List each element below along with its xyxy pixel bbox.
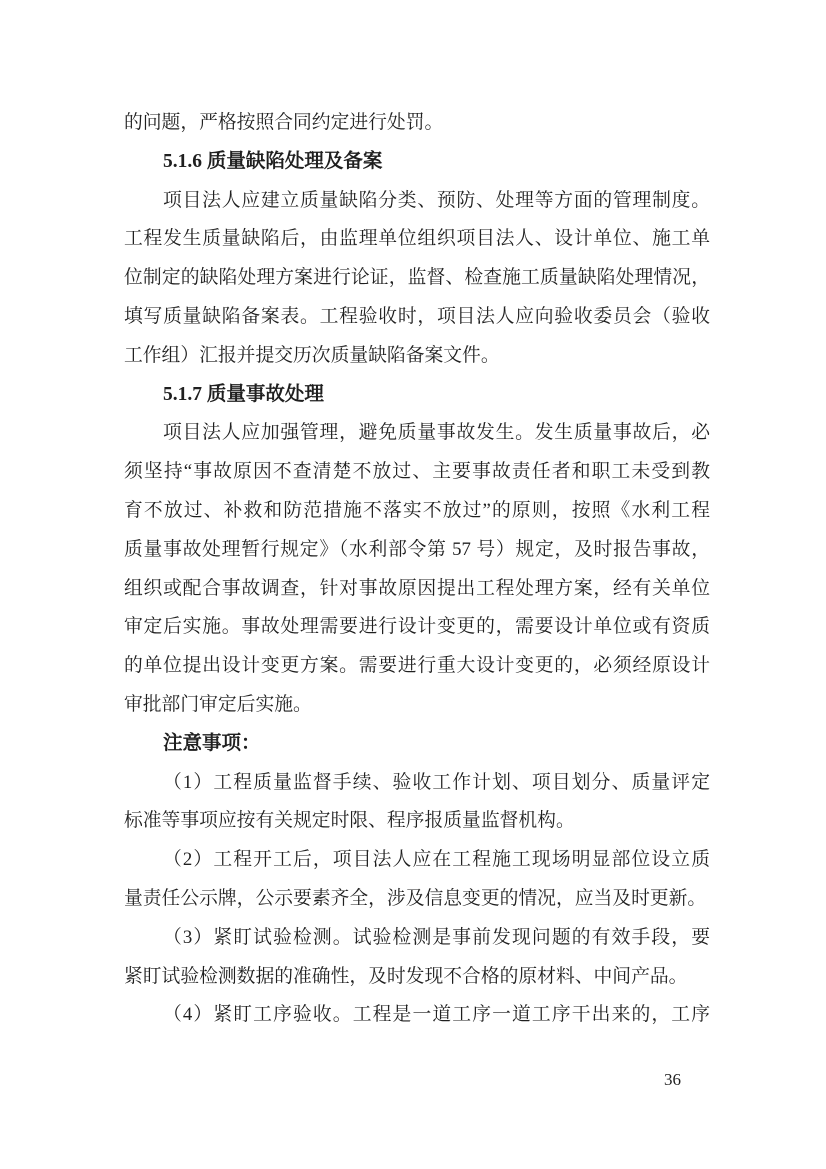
body-line: 审定后实施。事故处理需要进行设计变更的，需要设计单位或有资质 [124,608,710,647]
document-page: 的问题，严格按照合同约定进行处罚。 5.1.6 质量缺陷处理及备案 项目法人应建… [0,0,826,1169]
body-line: 填写质量缺陷备案表。工程验收时，项目法人应向验收委员会（验收 [124,298,710,337]
body-line: 须坚持“事故原因不查清楚不放过、主要事故责任者和职工未受到教 [124,453,710,492]
body-line: 项目法人应建立质量缺陷分类、预防、处理等方面的管理制度。 [124,182,710,221]
body-line-item-3: （3）紧盯试验检测。试验检测是事前发现问题的有效手段，要 [124,919,710,958]
heading-5-1-6: 5.1.6 质量缺陷处理及备案 [124,143,710,182]
body-line: 组织或配合事故调查，针对事故原因提出工程处理方案，经有关单位 [124,570,710,609]
body-line: 紧盯试验检测数据的准确性，及时发现不合格的原材料、中间产品。 [124,958,710,997]
body-line: 的单位提出设计变更方案。需要进行重大设计变更的，必须经原设计 [124,647,710,686]
body-line: 项目法人应加强管理，避免质量事故发生。发生质量事故后，必 [124,414,710,453]
body-line: 标准等事项应按有关规定时限、程序报质量监督机构。 [124,802,710,841]
body-line: 工程发生质量缺陷后，由监理单位组织项目法人、设计单位、施工单 [124,220,710,259]
body-line: 工作组）汇报并提交历次质量缺陷备案文件。 [124,337,710,376]
body-line-item-2: （2）工程开工后，项目法人应在工程施工现场明显部位设立质 [124,841,710,880]
body-line: 位制定的缺陷处理方案进行论证，监督、检查施工质量缺陷处理情况， [124,259,710,298]
body-line: 的问题，严格按照合同约定进行处罚。 [124,104,710,143]
page-number: 36 [664,1068,681,1092]
body-line-item-1: （1）工程质量监督手续、验收工作计划、项目划分、质量评定 [124,764,710,803]
body-line: 审批部门审定后实施。 [124,686,710,725]
heading-notes: 注意事项： [124,725,710,764]
body-line: 量责任公示牌，公示要素齐全，涉及信息变更的情况，应当及时更新。 [124,880,710,919]
body-line-item-4: （4）紧盯工序验收。工程是一道工序一道工序干出来的，工序 [124,996,710,1035]
document-body: 的问题，严格按照合同约定进行处罚。 5.1.6 质量缺陷处理及备案 项目法人应建… [124,104,710,1035]
heading-5-1-7: 5.1.7 质量事故处理 [124,376,710,415]
body-line: 质量事故处理暂行规定》（水利部令第 57 号）规定，及时报告事故， [124,531,710,570]
body-line: 育不放过、补救和防范措施不落实不放过”的原则，按照《水利工程 [124,492,710,531]
